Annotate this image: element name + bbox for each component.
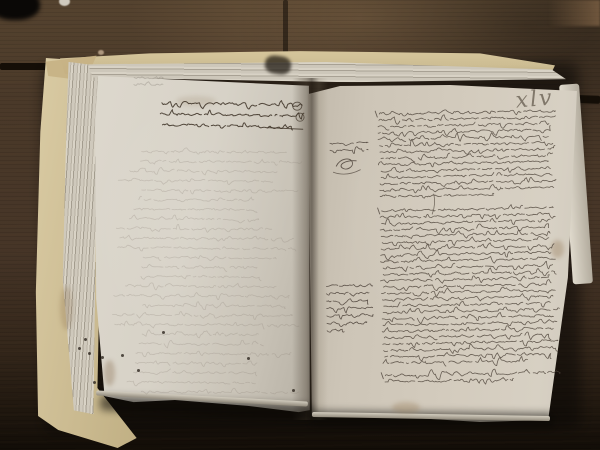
ink-speck	[93, 381, 96, 384]
ink-speck	[121, 354, 124, 357]
ink-speck	[247, 357, 250, 360]
photo-frame: xlv	[0, 0, 600, 450]
handwriting-layer	[0, 0, 600, 450]
ink-speck	[162, 331, 165, 334]
ink-speck	[88, 352, 91, 355]
ink-speck	[292, 389, 295, 392]
ink-speck	[78, 347, 81, 350]
ink-speck	[137, 369, 140, 372]
ink-speck	[84, 338, 87, 341]
ink-speck	[101, 356, 104, 359]
folio-number: xlv	[515, 83, 578, 122]
